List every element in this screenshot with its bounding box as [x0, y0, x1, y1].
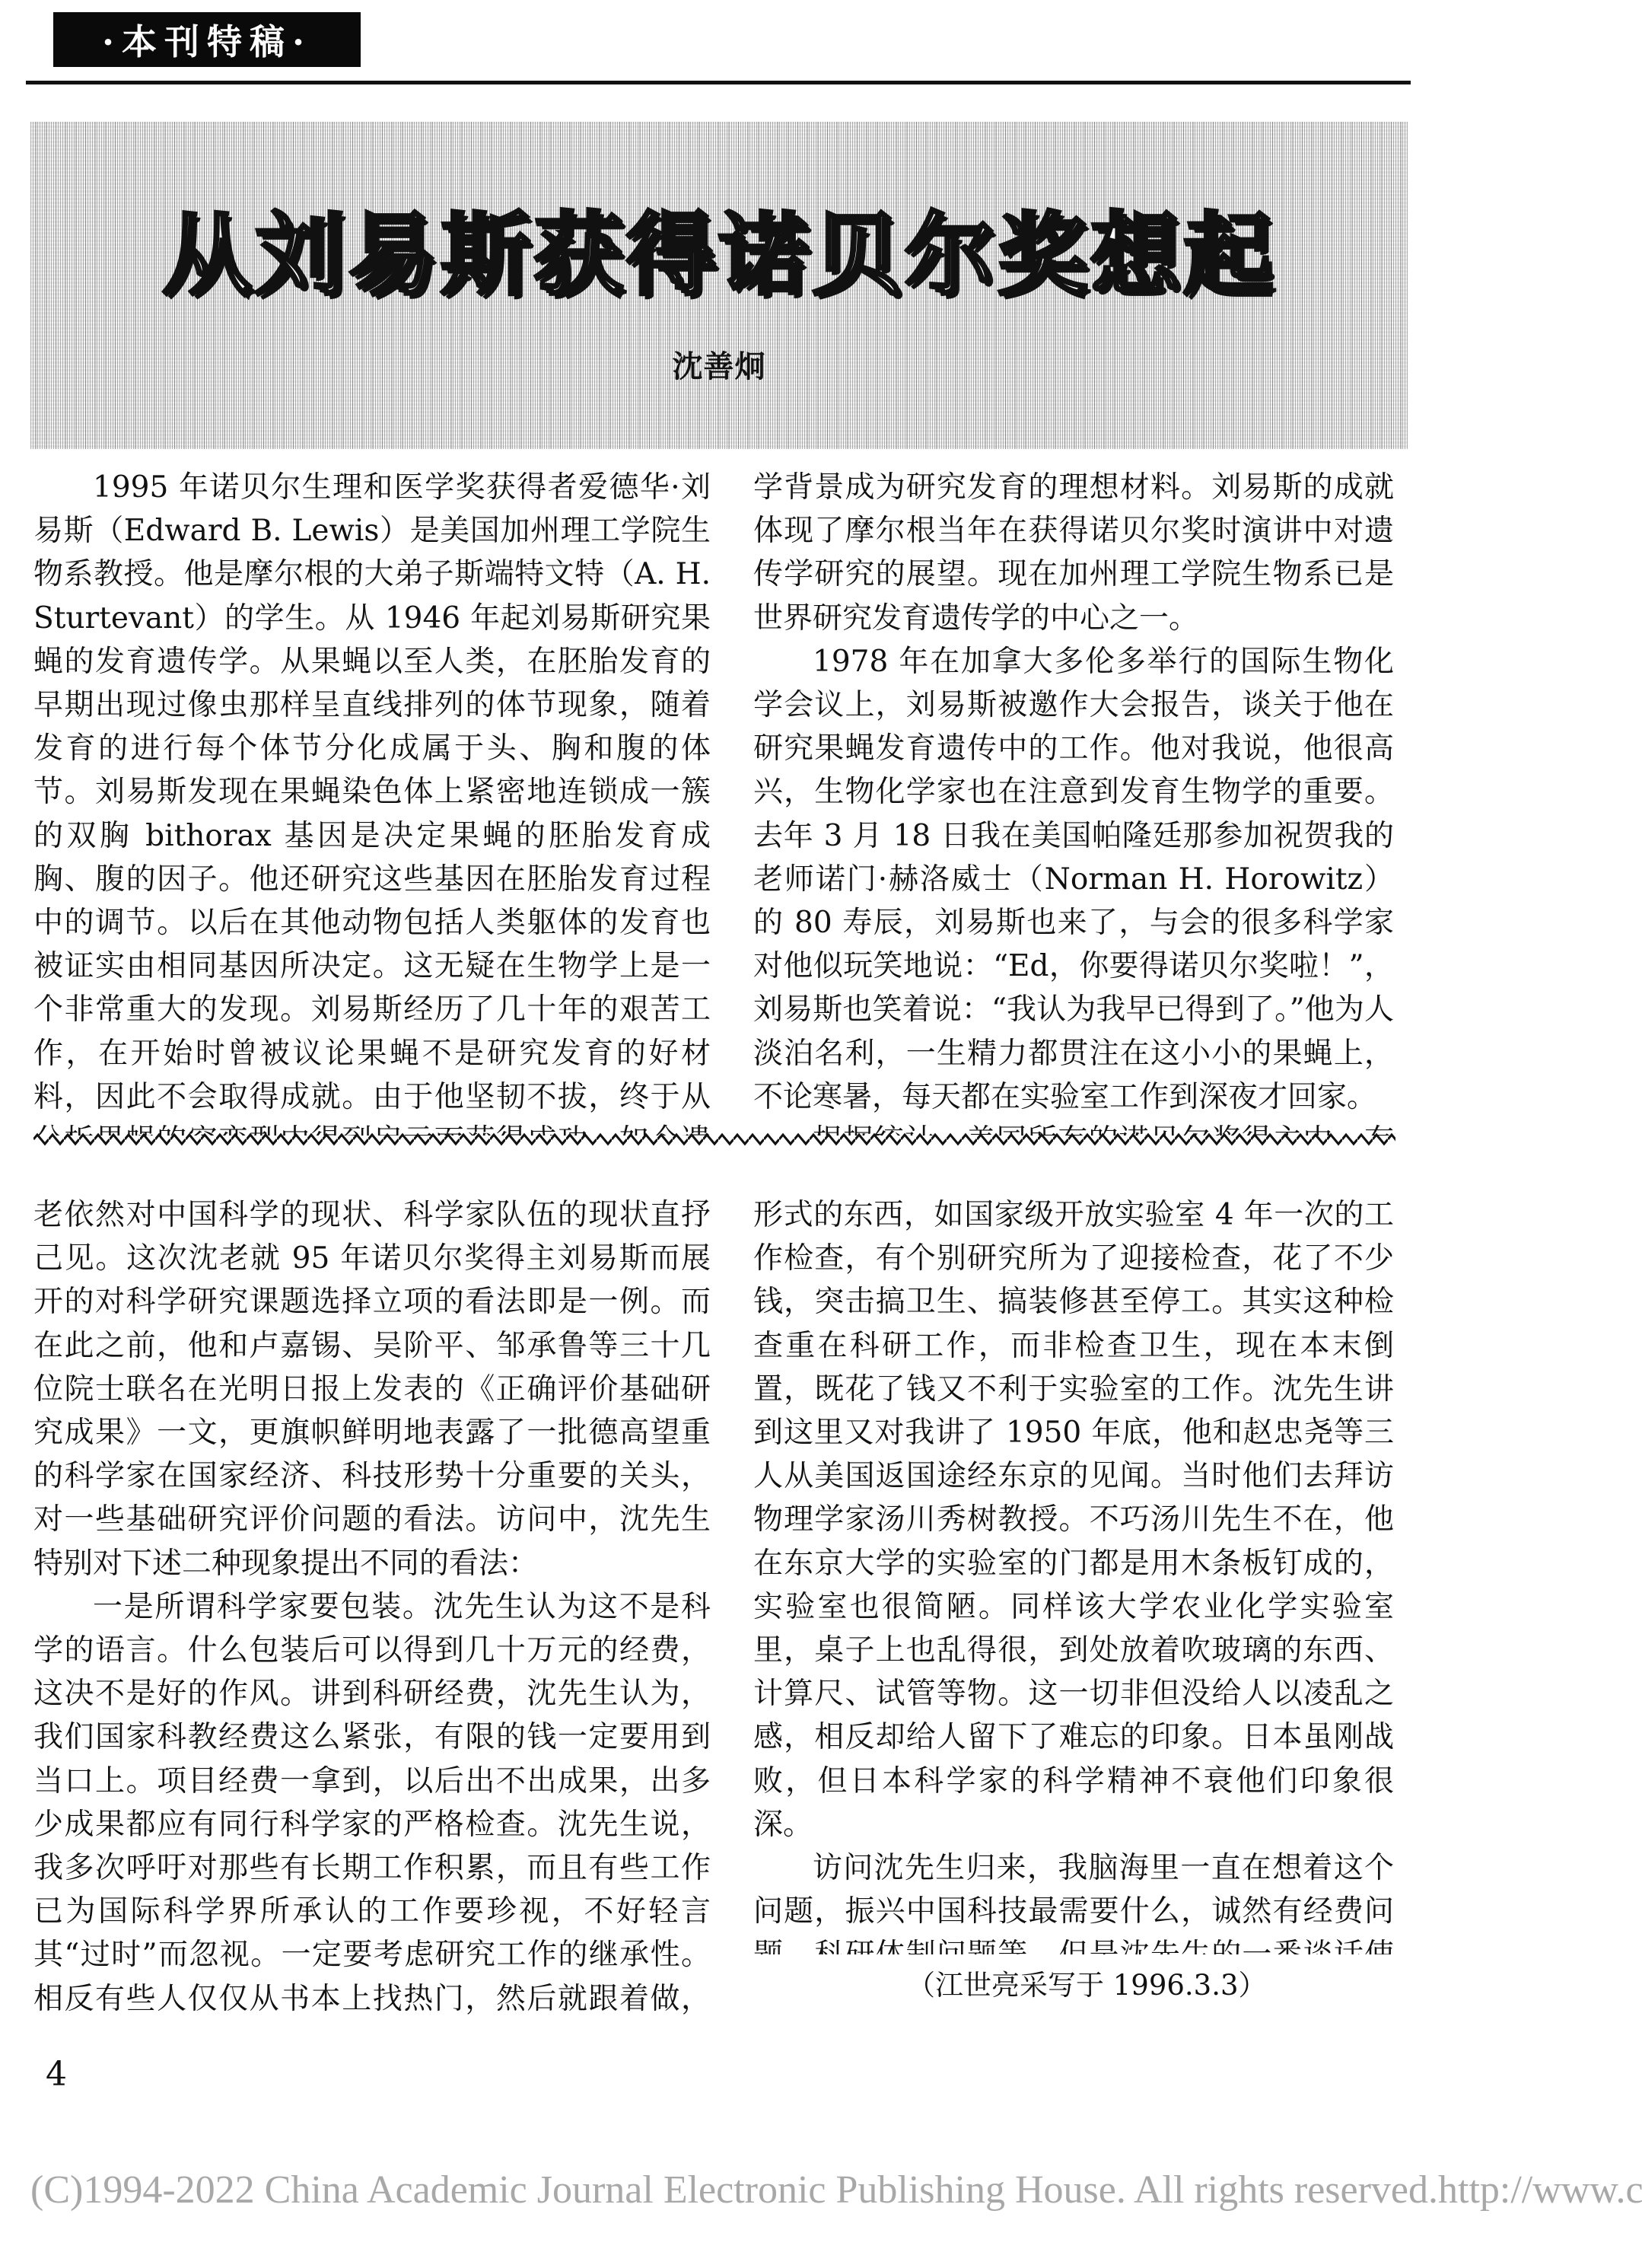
- copyright-text: (C)1994-2022 China Academic Journal Elec…: [30, 2168, 1438, 2212]
- copyright-footer: (C)1994-2022 China Academic Journal Elec…: [30, 2168, 1621, 2212]
- title-banner: 从刘易斯获得诺贝尔奖想起 沈善炯: [30, 122, 1408, 449]
- signature: （江世亮采写于 1996.3.3）: [907, 1962, 1267, 2003]
- article-title: 从刘易斯获得诺贝尔奖想起: [30, 183, 1408, 312]
- wavy-divider: [33, 1131, 1395, 1148]
- bottom-right-column: 形式的东西，如国家级开放实验室 4 年一次的工作检查，有个别研究所为了迎接检查，…: [753, 1193, 1394, 1954]
- article-author: 沈善炯: [30, 342, 1408, 386]
- section-badge: ·本刊特稿·: [53, 12, 361, 67]
- paragraph: 形式的东西，如国家级开放实验室 4 年一次的工作检查，有个别研究所为了迎接检查，…: [753, 1193, 1394, 1846]
- paragraph: 学背景成为研究发育的理想材料。刘易斯的成就体现了摩尔根当年在获得诺贝尔奖时演讲中…: [753, 466, 1394, 640]
- section-badge-label: ·本刊特稿·: [102, 14, 312, 65]
- paragraph: 1995 年诺贝尔生理和医学奖获得者爱德华·刘易斯（Edward B. Lewi…: [33, 466, 711, 1136]
- paragraph: 访问沈先生归来，我脑海里一直在想着这个问题，振兴中国科技最需要什么，诚然有经费问…: [753, 1846, 1394, 1954]
- header-rule: [26, 81, 1411, 84]
- paragraph: 一是所谓科学家要包装。沈先生认为这不是科学的语言。什么包装后可以得到几十万元的经…: [33, 1585, 711, 2023]
- bottom-left-column: 老依然对中国科学的现状、科学家队伍的现状直抒己见。这次沈老就 95 年诺贝尔奖得…: [33, 1193, 711, 2023]
- top-right-column: 学背景成为研究发育的理想材料。刘易斯的成就体现了摩尔根当年在获得诺贝尔奖时演讲中…: [753, 466, 1394, 1136]
- source-url: http://www.cnki.net: [1438, 2168, 1642, 2212]
- page-number: 4: [46, 2055, 67, 2094]
- top-left-column: 1995 年诺贝尔生理和医学奖获得者爱德华·刘易斯（Edward B. Lewi…: [33, 466, 711, 1136]
- paragraph: 1978 年在加拿大多伦多举行的国际生物化学会议上，刘易斯被邀作大会报告，谈关于…: [753, 640, 1394, 1119]
- paragraph: 老依然对中国科学的现状、科学家队伍的现状直抒己见。这次沈老就 95 年诺贝尔奖得…: [33, 1193, 711, 1585]
